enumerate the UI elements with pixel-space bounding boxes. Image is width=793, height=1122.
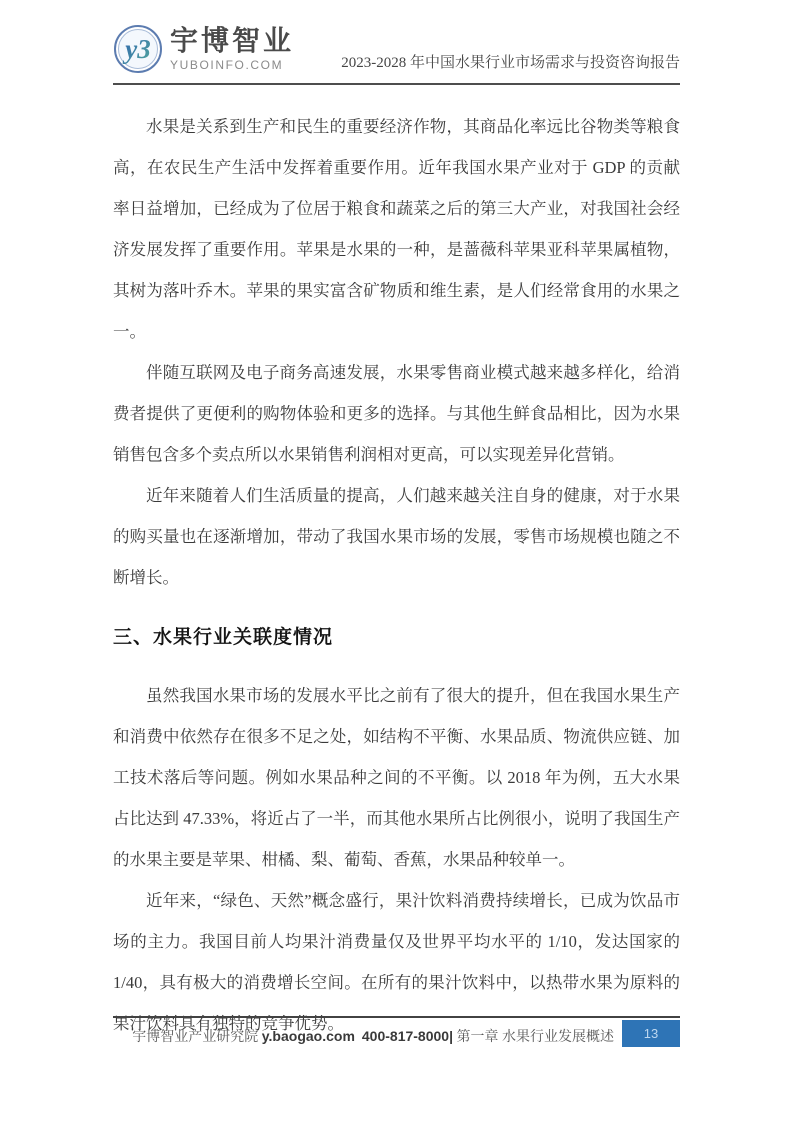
logo-company-name: 宇博智业 (170, 27, 294, 55)
yubo-logo-icon: y3 (113, 24, 163, 74)
footer-org: 宇博智业产业研究院 (132, 1030, 258, 1045)
footer-phone: 400-817-8000| (362, 1028, 453, 1044)
footer-site: y.baogao.com (262, 1028, 355, 1044)
report-title: 2023-2028 年中国水果行业市场需求与投资咨询报告 (341, 51, 680, 74)
logo-monogram: y3 (122, 34, 150, 64)
logo-domain: YUBOINFO.COM (170, 59, 294, 71)
company-logo: y3 宇博智业 YUBOINFO.COM (113, 24, 294, 74)
document-body: 水果是关系到生产和民生的重要经济作物，其商品化率远比谷物类等粮食高，在农民生产生… (113, 96, 680, 1012)
paragraph: 虽然我国水果市场的发展水平比之前有了很大的提升，但在我国水果生产和消费中依然存在… (113, 675, 680, 880)
logo-text: 宇博智业 YUBOINFO.COM (170, 27, 294, 71)
section-heading: 三、水果行业关联度情况 (113, 622, 680, 649)
footer-chapter: 第一章 水果行业发展概述 (457, 1030, 615, 1045)
page-footer: 宇博智业产业研究院 y.baogao.com 400-817-8000| 第一章… (113, 1016, 680, 1047)
footer-text: 宇博智业产业研究院 y.baogao.com 400-817-8000| 第一章… (132, 1020, 614, 1046)
paragraph: 近年来随着人们生活质量的提高，人们越来越关注自身的健康，对于水果的购买量也在逐渐… (113, 475, 680, 598)
footer-row: 宇博智业产业研究院 y.baogao.com 400-817-8000| 第一章… (113, 1018, 680, 1047)
document-page: y3 宇博智业 YUBOINFO.COM 2023-2028 年中国水果行业市场… (0, 0, 793, 1122)
page-number-badge: 13 (622, 1020, 680, 1047)
paragraph: 水果是关系到生产和民生的重要经济作物，其商品化率远比谷物类等粮食高，在农民生产生… (113, 106, 680, 352)
page-header: y3 宇博智业 YUBOINFO.COM 2023-2028 年中国水果行业市场… (113, 24, 680, 85)
page-number: 13 (644, 1026, 658, 1041)
paragraph: 伴随互联网及电子商务高速发展，水果零售商业模式越来越多样化，给消费者提供了更便利… (113, 352, 680, 475)
